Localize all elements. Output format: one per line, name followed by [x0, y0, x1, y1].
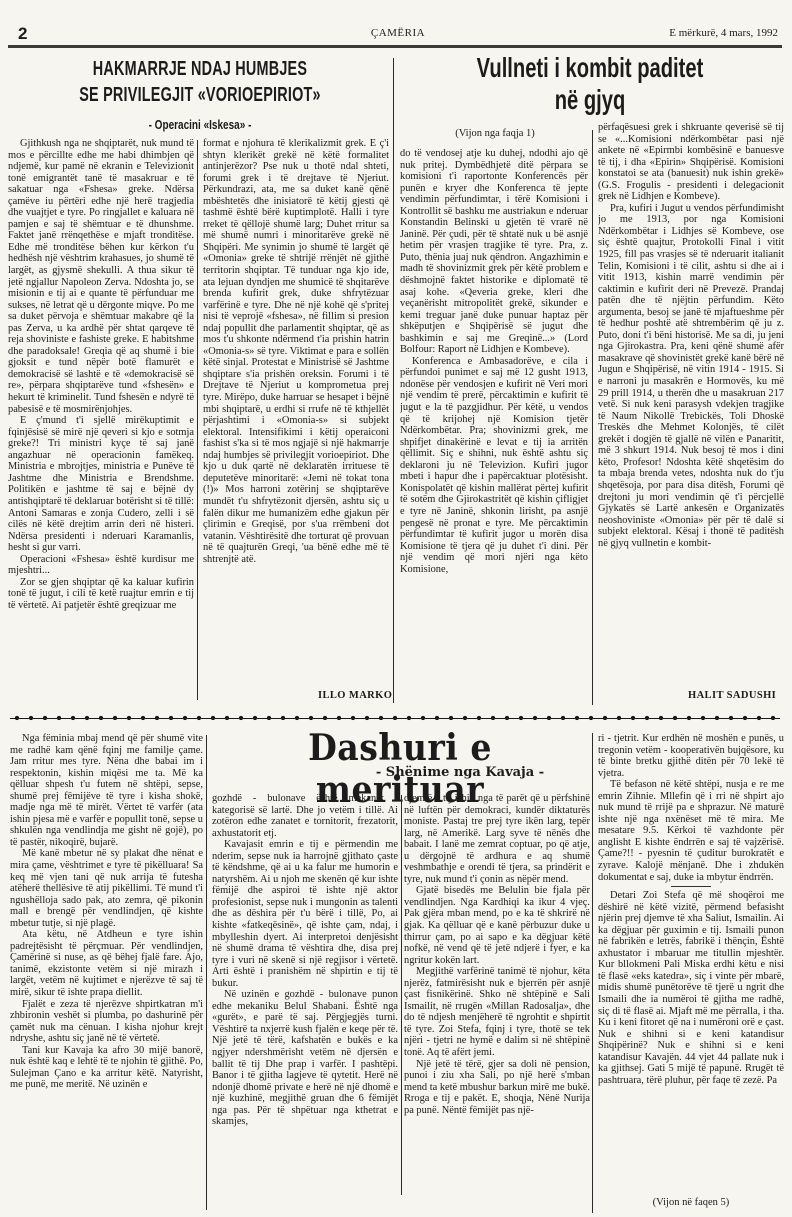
article3-column-2: gozhdë - bulonave është mekanik i katego…	[212, 793, 398, 1213]
paragraph: ri - tjetrit. Kur erdhën në moshën e pun…	[598, 733, 784, 779]
paragraph: Një jetë të tërë, gjer sa doli në pensio…	[404, 1059, 590, 1117]
continued-from-note: (Vijon nga faqja 1)	[400, 128, 590, 139]
paragraph: gozhdë - bulonave është mekanik i katego…	[212, 793, 398, 839]
paragraph: E ç'mund t'i sjellë mirëkuptimit e fqinj…	[8, 415, 194, 554]
paragraph: përfaqësuesi grek i shkruante qeverisë s…	[598, 122, 784, 203]
paragraph: djemtë e tij ishin nga të parët që u për…	[404, 793, 590, 885]
article3-column-1: Nga fëminia mbaj mend që për shumë vite …	[10, 733, 203, 1213]
paragraph: Tani kur Kavaja ka afro 30 mijë banorë, …	[10, 1045, 203, 1091]
article1-byline: ILLO MARKO	[318, 690, 392, 701]
continued-to-note: (Vijon në faqen 5)	[598, 1197, 784, 1208]
paragraph: Gjithkush nga ne shqiptarët, nuk mund të…	[8, 138, 194, 415]
article1-subhead: - Operacini «Iskesa» -	[88, 118, 312, 132]
paragraph: Ata këtu, në Atdheun e tyre ishin padrej…	[10, 929, 203, 998]
masthead-rule	[8, 45, 782, 48]
paragraph: Pra, kufiri i Jugut u vendos përfundimis…	[598, 203, 784, 549]
newspaper-name: ÇAMËRIA	[18, 27, 778, 39]
column-divider	[592, 733, 593, 1213]
paragraph: Gjatë bisedës me Belulin bie fjala për v…	[404, 885, 590, 966]
article2-headline-line2: në gjyq	[453, 84, 727, 116]
paragraph: Të befason në këtë shtëpi, nusja e re me…	[598, 779, 784, 883]
article-divider	[393, 58, 394, 703]
column-divider	[206, 735, 207, 1210]
paragraph: do të vendosej atje ku duhej, ndodhi ajo…	[400, 148, 588, 356]
paragraph: Megjithë varfërinë tanimë të njohur, kët…	[404, 966, 590, 1058]
paragraph: Zor se gjen shqiptar që ka kaluar kufiri…	[8, 577, 194, 612]
article2-byline: HALIT SADUSHI	[688, 690, 776, 701]
paragraph: Nga fëminia mbaj mend që për shumë vite …	[10, 733, 203, 848]
article1-column-2: format e njohura të klerikalizmit grek. …	[203, 138, 389, 693]
article3-column-3: djemtë e tij ishin nga të parët që u për…	[404, 793, 590, 1213]
issue-date: E mërkurë, 4 mars, 1992	[669, 27, 778, 39]
column-divider	[592, 130, 593, 705]
article2-column-2: përfaqësuesi grek i shkruante qeverisë s…	[598, 122, 784, 682]
paragraph: format e njohura të klerikalizmit grek. …	[203, 138, 389, 565]
paragraph: Më kanë mbetur në sy plakat dhe nënat e …	[10, 848, 203, 929]
article3-subhead: - Shënime nga Kavaja -	[330, 765, 590, 780]
section-divider	[10, 715, 780, 721]
column-divider	[197, 140, 198, 700]
paragraph: Operacioni «Fshesa» është kurdisur me mj…	[8, 554, 194, 577]
paragraph: Detari Zoi Stefa që më shoqëroi me dëshi…	[598, 890, 784, 1086]
column-divider	[401, 795, 402, 1195]
article1-headline-line1: HAKMARRJE NDAJ HUMBJES	[70, 58, 329, 81]
paragraph: Kavajasit emrin e tij e përmendin me nde…	[212, 839, 398, 989]
masthead: 2 ÇAMËRIA E mërkurë, 4 mars, 1992	[18, 24, 778, 46]
article2-column-1: do të vendosej atje ku duhej, ndodhi ajo…	[400, 148, 588, 708]
article1-headline-line2: SE PRIVILEGJIT «VORIOEPIRIOT»	[70, 84, 329, 107]
paragraph: Konferenca e Ambasadorëve, e cila i përf…	[400, 356, 588, 575]
paragraph: Në uzinën e gozhdë - bulonave punon edhe…	[212, 989, 398, 1128]
section-break	[671, 886, 711, 887]
paragraph: Fjalët e zeza të njerëzve shpirtkatran m…	[10, 999, 203, 1045]
article1-column-1: Gjithkush nga ne shqiptarët, nuk mund të…	[8, 138, 194, 710]
article2-headline-line1: Vullneti i kombit paditet	[453, 52, 727, 84]
article3-column-4: ri - tjetrit. Kur erdhën në moshën e pun…	[598, 733, 784, 1203]
